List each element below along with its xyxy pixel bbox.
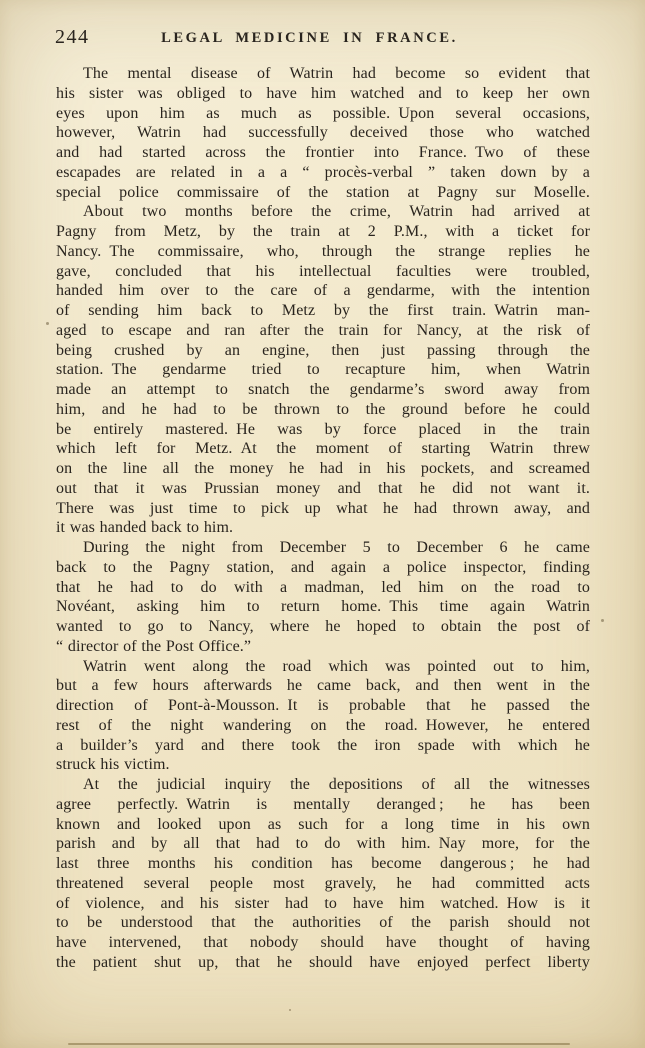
text-line: have intervened, that nobody should have…	[56, 933, 590, 953]
text-line: last three months his condition has beco…	[56, 854, 590, 874]
text-line: handed him over to the care of a gendarm…	[56, 281, 590, 301]
paper-speck	[289, 1009, 291, 1011]
page-edge-artifact	[68, 1043, 570, 1045]
text-line: threatened several people most gravely, …	[56, 874, 590, 894]
text-line: Watrin went along the road which was poi…	[56, 657, 590, 677]
text-line: of violence, and his sister had to have …	[56, 894, 590, 914]
text-line: eyes upon him as much as possible. Upon …	[56, 104, 590, 124]
text-line: of sending him back to Metz by the first…	[56, 301, 590, 321]
text-line: but a few hours afterwards he came back,…	[56, 676, 590, 696]
text-line: out that it was Prussian money and that …	[56, 479, 590, 499]
text-line: The mental disease of Watrin had become …	[56, 64, 590, 84]
text-line: being crushed by an engine, then just pa…	[56, 341, 590, 361]
text-line: parish and by all that had to do with hi…	[56, 834, 590, 854]
paper-speck	[46, 322, 49, 325]
text-line: special police commissaire of the statio…	[56, 183, 590, 203]
paragraph-1: The mental disease of Watrin had become …	[56, 64, 590, 202]
text-line: wanted to go to Nancy, where he hoped to…	[56, 617, 590, 637]
paragraph-3: During the night from December 5 to Dece…	[56, 538, 590, 657]
page-body: The mental disease of Watrin had become …	[56, 64, 590, 973]
text-line: the patient shut up, that he should have…	[56, 953, 590, 973]
paper-speck	[601, 619, 604, 622]
book-page: 244 LEGAL MEDICINE IN FRANCE. The mental…	[0, 0, 645, 1048]
text-line: a builder’s yard and there took the iron…	[56, 736, 590, 756]
paragraph-4: Watrin went along the road which was poi…	[56, 657, 590, 776]
text-line: “ director of the Post Office.”	[56, 637, 590, 657]
text-line: Nancy. The commissaire, who, through the…	[56, 242, 590, 262]
paragraph-2: About two months before the crime, Watri…	[56, 202, 590, 538]
paragraph-5: At the judicial inquiry the depositions …	[56, 775, 590, 973]
text-line: aged to escape and ran after the train f…	[56, 321, 590, 341]
text-line: which left for Metz. At the moment of st…	[56, 439, 590, 459]
text-line: direction of Pont-à-Mousson. It is proba…	[56, 696, 590, 716]
text-line: however, Watrin had successfully deceive…	[56, 123, 590, 143]
text-line: escapades are related in a a “ procès-ve…	[56, 163, 590, 183]
text-line: be entirely mastered. He was by force pl…	[56, 420, 590, 440]
text-line: and had started across the frontier into…	[56, 143, 590, 163]
text-line: There was just time to pick up what he h…	[56, 499, 590, 519]
page-header: 244 LEGAL MEDICINE IN FRANCE.	[55, 26, 590, 52]
text-line: that he had to do with a madman, led him…	[56, 578, 590, 598]
text-line: back to the Pagny station, and again a p…	[56, 558, 590, 578]
text-line: his sister was obliged to have him watch…	[56, 84, 590, 104]
text-line: rest of the night wandering on the road.…	[56, 716, 590, 736]
text-line: him, and he had to be thrown to the grou…	[56, 400, 590, 420]
text-line: to be understood that the authorities of…	[56, 913, 590, 933]
running-title: LEGAL MEDICINE IN FRANCE.	[55, 30, 564, 47]
text-line: known and looked upon as such for a long…	[56, 815, 590, 835]
text-line: gave, concluded that his intellectual fa…	[56, 262, 590, 282]
text-line: Novéant, asking him to return home. This…	[56, 597, 590, 617]
text-line: During the night from December 5 to Dece…	[56, 538, 590, 558]
text-line: on the line all the money he had in his …	[56, 459, 590, 479]
text-line: At the judicial inquiry the depositions …	[56, 775, 590, 795]
text-line: Pagny from Metz, by the train at 2 P.M.,…	[56, 222, 590, 242]
text-line: About two months before the crime, Watri…	[56, 202, 590, 222]
text-line: station. The gendarme tried to recapture…	[56, 360, 590, 380]
text-line: agree perfectly. Watrin is mentally dera…	[56, 795, 590, 815]
text-line: struck his victim.	[56, 755, 590, 775]
text-line: made an attempt to snatch the gendarme’s…	[56, 380, 590, 400]
text-line: it was handed back to him.	[56, 518, 590, 538]
